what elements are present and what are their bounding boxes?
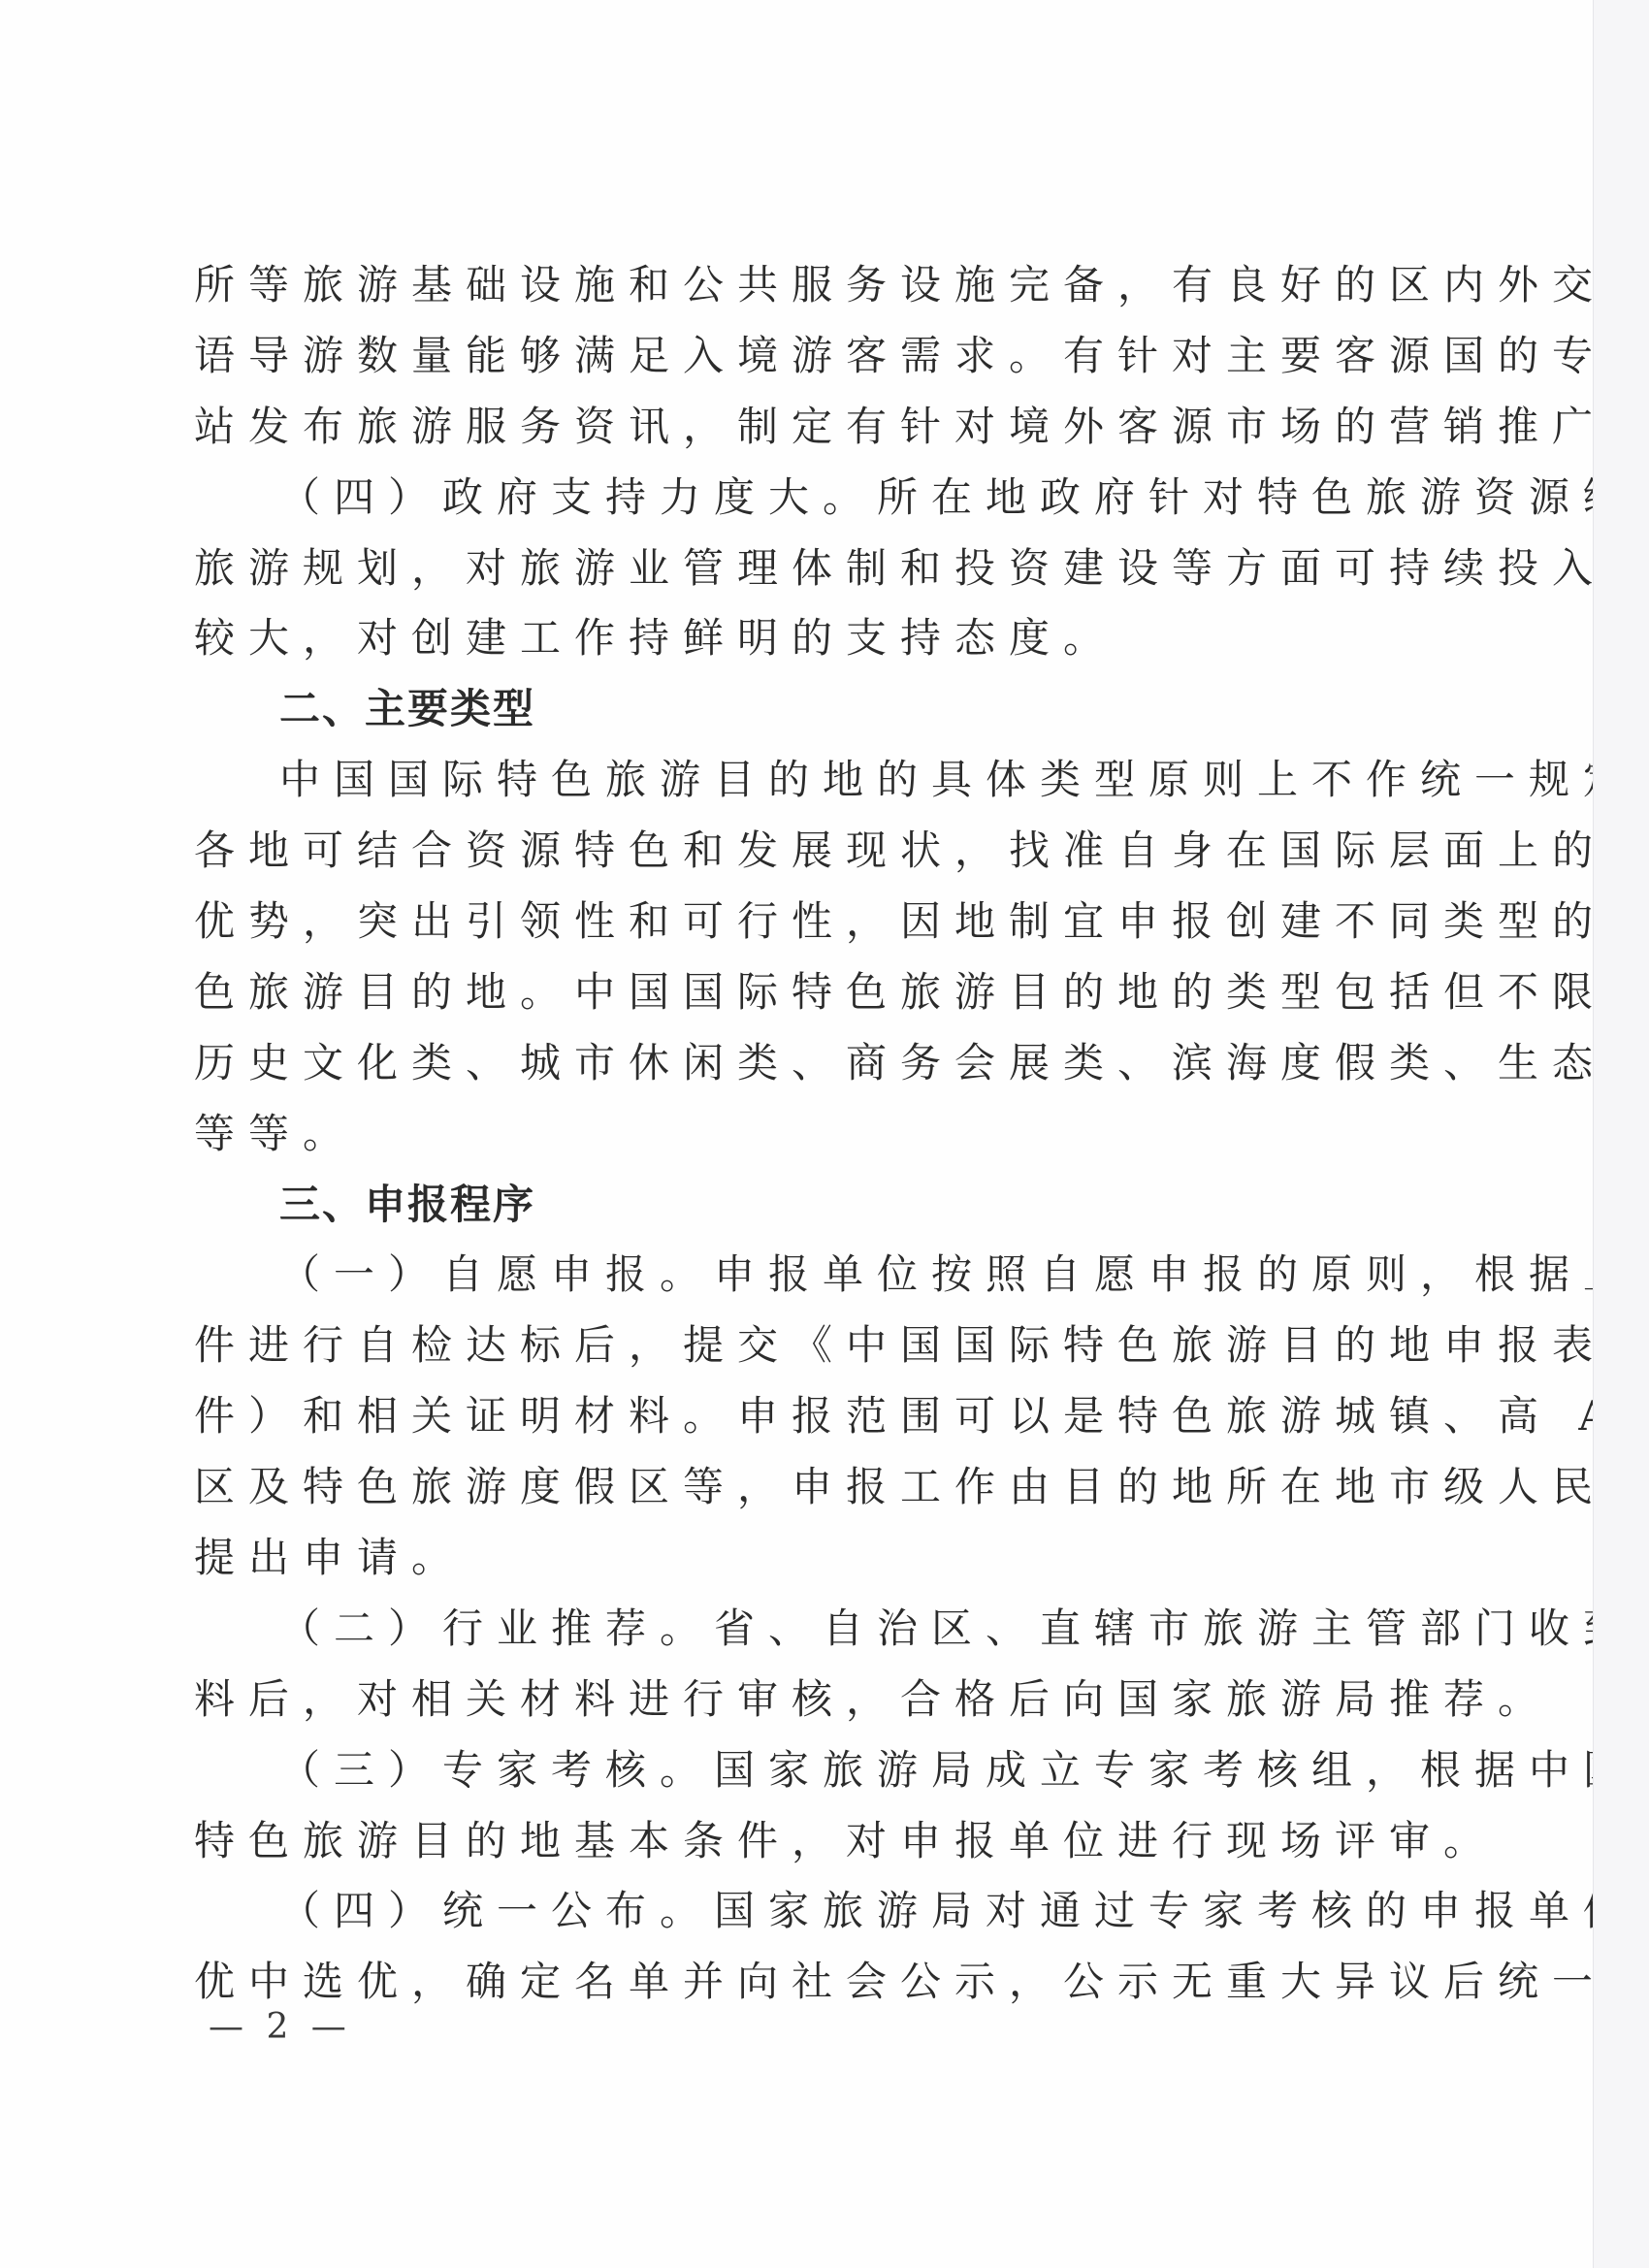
text-line: 优中选优，确定名单并向社会公示，公示无重大异议后统一公布。 xyxy=(194,1947,1389,2018)
paragraph-continuation: 所等旅游基础设施和公共服务设施完备，有良好的区内外交通，外 语导游数量能够满足入… xyxy=(194,250,1389,463)
section-heading-main-types: 二、主要类型 xyxy=(194,674,1389,745)
text-line: 件进行自检达标后，提交《中国国际特色旅游目的地申报表》（附 xyxy=(194,1311,1389,1381)
text-line: 站发布旅游服务资讯，制定有针对境外客源市场的营销推广计划。 xyxy=(194,392,1389,463)
document-body: 所等旅游基础设施和公共服务设施完备，有良好的区内外交通，外 语导游数量能够满足入… xyxy=(194,250,1389,2018)
text-line: （四）政府支持力度大。所在地政府针对特色旅游资源编制了 xyxy=(194,463,1389,534)
text-line: （一）自愿申报。申报单位按照自愿申报的原则，根据上述条 xyxy=(194,1240,1389,1311)
text-line: 优势，突出引领性和可行性，因地制宜申报创建不同类型的国际特 xyxy=(194,887,1389,957)
text-line: 等等。 xyxy=(194,1099,1389,1170)
text-line: 旅游规划，对旅游业管理体制和投资建设等方面可持续投入力度 xyxy=(194,534,1389,604)
document-page: 所等旅游基础设施和公共服务设施完备，有良好的区内外交通，外 语导游数量能够满足入… xyxy=(0,0,1593,2268)
paragraph-types: 中国国际特色旅游目的地的具体类型原则上不作统一规定。 各地可结合资源特色和发展现… xyxy=(194,745,1389,1169)
text-line: 色旅游目的地。中国国际特色旅游目的地的类型包括但不限于： xyxy=(194,957,1389,1028)
text-line: 区及特色旅游度假区等，申报工作由目的地所在地市级人民政府 xyxy=(194,1452,1389,1523)
text-line: 各地可结合资源特色和发展现状，找准自身在国际层面上的比较 xyxy=(194,816,1389,887)
text-line: 历史文化类、城市休闲类、商务会展类、滨海度假类、生态体验类， xyxy=(194,1028,1389,1099)
text-line: 提出申请。 xyxy=(194,1523,1389,1594)
paragraph-government-support: （四）政府支持力度大。所在地政府针对特色旅游资源编制了 旅游规划，对旅游业管理体… xyxy=(194,463,1389,675)
paragraph-industry-recommendation: （二）行业推荐。省、自治区、直辖市旅游主管部门收到申报材 料后，对相关材料进行审… xyxy=(194,1594,1389,1735)
text-line: 语导游数量能够满足入境游客需求。有针对主要客源国的专门网 xyxy=(194,321,1389,392)
text-line: 较大，对创建工作持鲜明的支持态度。 xyxy=(194,603,1389,674)
text-line: 件）和相关证明材料。申报范围可以是特色旅游城镇、高 A 级景 xyxy=(194,1381,1389,1452)
page-number: — 2 — xyxy=(209,2006,352,2049)
text-line: （二）行业推荐。省、自治区、直辖市旅游主管部门收到申报材 xyxy=(194,1594,1389,1665)
text-line: 料后，对相关材料进行审核，合格后向国家旅游局推荐。 xyxy=(194,1665,1389,1735)
text-line: 所等旅游基础设施和公共服务设施完备，有良好的区内外交通，外 xyxy=(194,250,1389,321)
text-line: （四）统一公布。国家旅游局对通过专家考核的申报单位进行 xyxy=(194,1876,1389,1947)
paragraph-unified-announcement: （四）统一公布。国家旅游局对通过专家考核的申报单位进行 优中选优，确定名单并向社… xyxy=(194,1876,1389,2018)
section-heading-application-procedure: 三、申报程序 xyxy=(194,1170,1389,1241)
scan-page-edge xyxy=(1593,0,1649,2268)
text-line: 特色旅游目的地基本条件，对申报单位进行现场评审。 xyxy=(194,1806,1389,1877)
paragraph-voluntary-application: （一）自愿申报。申报单位按照自愿申报的原则，根据上述条 件进行自检达标后，提交《… xyxy=(194,1240,1389,1593)
paragraph-expert-assessment: （三）专家考核。国家旅游局成立专家考核组，根据中国国际 特色旅游目的地基本条件，… xyxy=(194,1735,1389,1877)
text-line: 中国国际特色旅游目的地的具体类型原则上不作统一规定。 xyxy=(194,745,1389,816)
text-line: （三）专家考核。国家旅游局成立专家考核组，根据中国国际 xyxy=(194,1735,1389,1806)
